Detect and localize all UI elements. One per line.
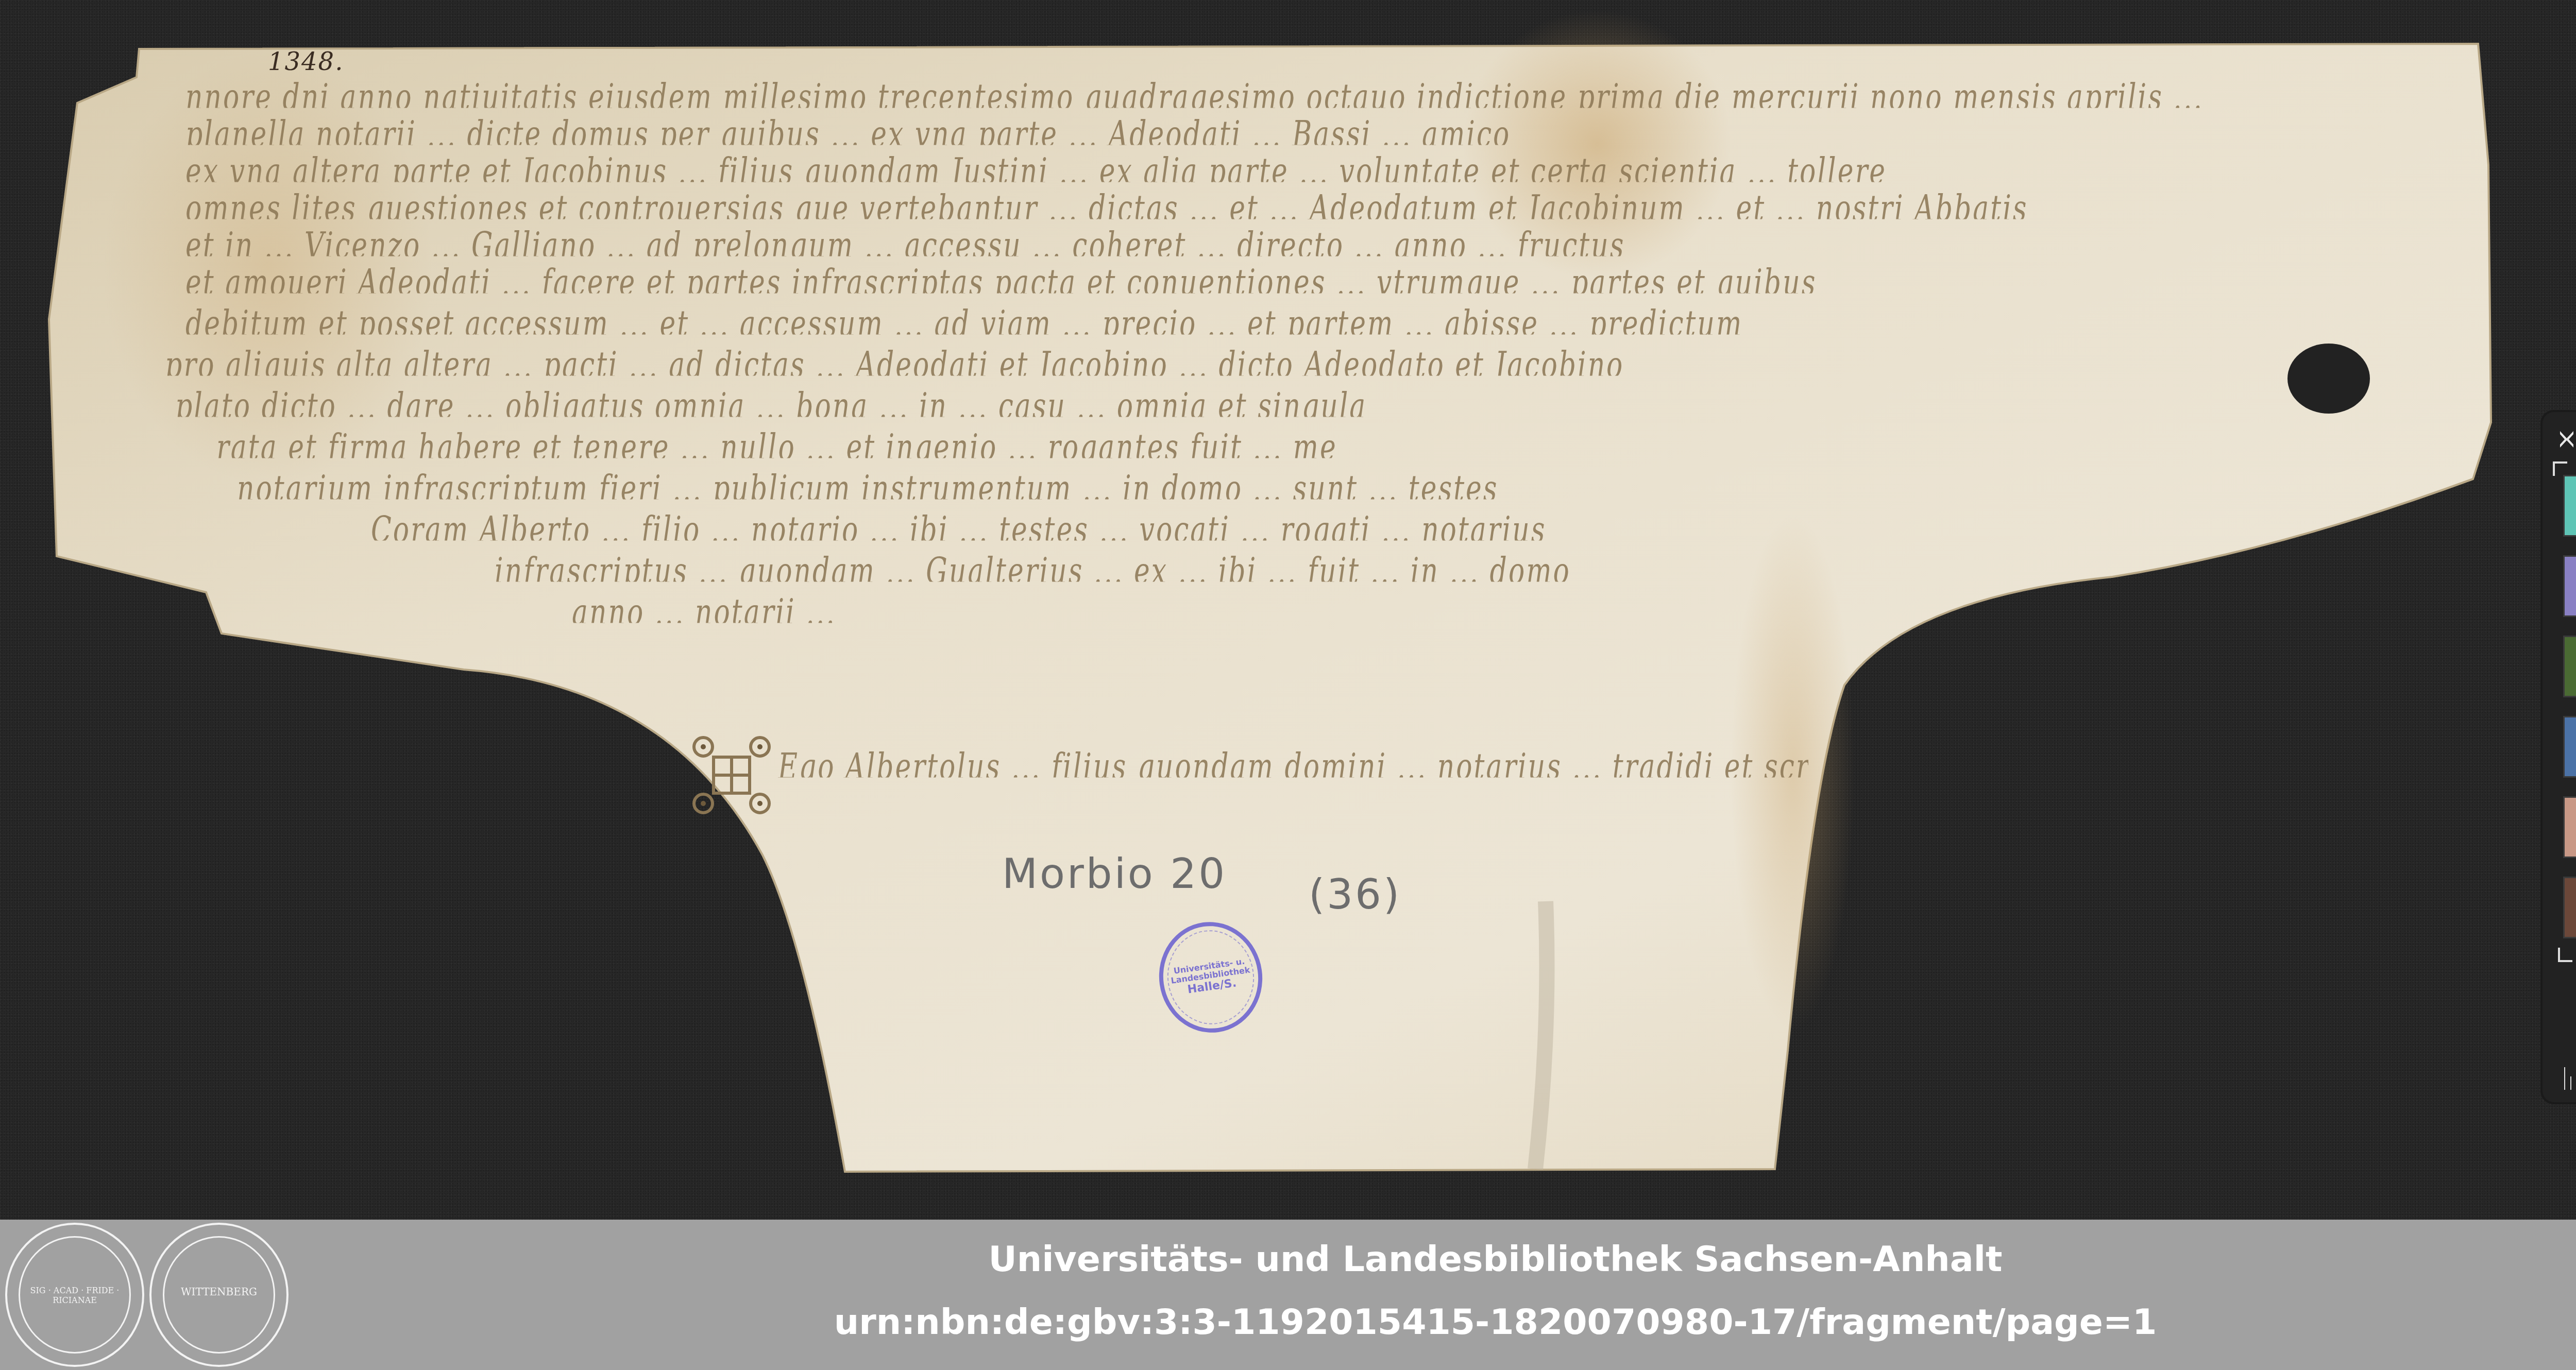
script-line: rata et firma habere et tenere ... nullo… [216,427,2102,458]
script-line: anno ... notarii ... [572,592,881,623]
mm-ruler [2564,1064,2576,1090]
color-patch [2563,877,2576,938]
color-patch [2563,636,2576,697]
pencil-shelfmark: Morbio 20 [1002,850,1227,898]
footer-banner: SIG · ACAD · FRIDE · RICIANAE WITTENBERG… [0,1220,2576,1370]
script-line: planella notarii ... dicte domus per qui… [185,114,2463,145]
corner-mark [2553,461,2567,476]
ruler-tick [2564,1067,2565,1090]
notary-signum-icon [688,731,775,819]
script-line: infrascriptus ... quondam ... Gualterius… [495,551,1911,581]
script-line: ex vna altera parte et Jacobinus ... fil… [185,151,2463,182]
color-patch-grid [2563,475,2576,938]
seal-right-text: WITTENBERG [151,1286,286,1298]
colorchecker-header: x·rite colorchecker CLASSIC [2553,425,2576,451]
xrite-brand: x·rite [2559,429,2576,450]
script-line: notarium infrascriptum fieri ... publicu… [237,469,1978,499]
year-annotation: 1348. [268,47,344,76]
script-line: et in ... Vicenzo ... Galliano ... ad pr… [185,226,2463,256]
script-line: plato dicto ... dare ... obligatus omnia… [175,386,2174,417]
script-line: debitum et posset accessum ... et ... ac… [185,304,2432,334]
pencil-number: (36) [1309,870,1401,918]
xrite-logo-icon [2559,430,2574,449]
urn-identifier[interactable]: urn:nbn:de:gbv:3:3-1192015415-1820070980… [0,1302,2576,1343]
color-patch [2563,716,2576,778]
stamp-ring [1161,924,1260,1030]
scan-background: 1348. nnore dni anno natiuitatis eiusdem… [0,0,2576,1220]
colorchecker-card: x·rite colorchecker CLASSIC + mm [2543,412,2576,1102]
script-line: pro aliquis alta altera ... pacti ... ad… [165,345,2287,375]
script-line: omnes lites questiones et controuersias … [185,189,2463,219]
library-name: Universitäts- und Landesbibliothek Sachs… [0,1239,2576,1280]
notary-subscription: Ego Albertolus ... filius quondam domini… [778,747,1808,777]
color-patch [2563,796,2576,858]
corner-mark [2558,948,2572,962]
script-line: et amoueri Adeodati ... facere et partes… [185,263,2442,293]
parchment-hole [2287,344,2370,414]
color-patch [2563,475,2576,537]
ruler-tick [2570,1076,2571,1090]
parchment-fragment [0,0,2576,1220]
color-patch [2563,555,2576,617]
script-line: Coram Alberto ... filio ... notario ... … [371,510,2020,540]
script-line: nnore dni anno natiuitatis eiusdem mille… [185,77,2463,108]
